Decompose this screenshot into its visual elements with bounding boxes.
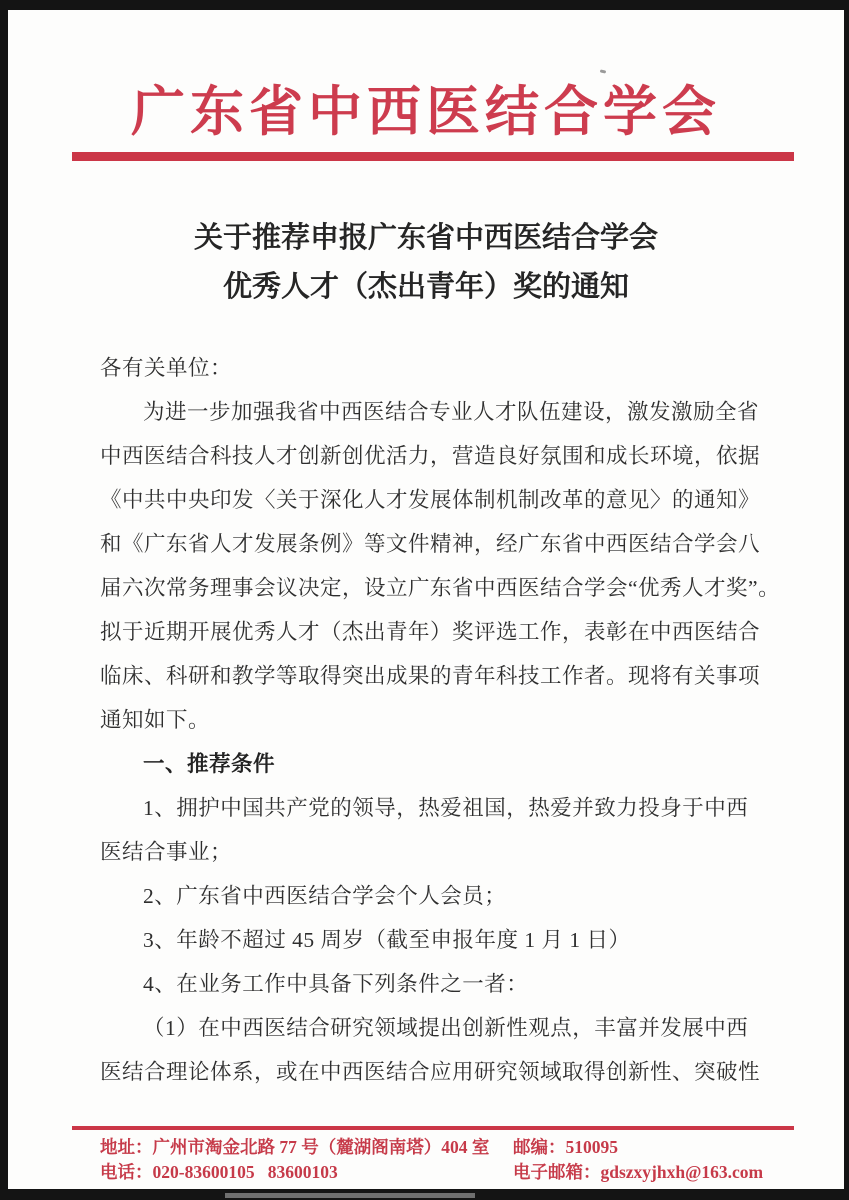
document-page: 广东省中西医结合学会 关于推荐申报广东省中西医结合学会 优秀人才（杰出青年）奖的… — [8, 10, 844, 1189]
scan-artifact-speck — [600, 69, 606, 73]
footer-left-column: 地址：广州市淘金北路 77 号（麓湖阁南塔）404 室 电话：020-83600… — [100, 1135, 489, 1185]
body-line: 为进一步加强我省中西医结合专业人才队伍建设，激发激励全省 — [100, 390, 756, 434]
footer-postcode: 邮编：510095 — [513, 1135, 763, 1160]
document-title-line1: 关于推荐申报广东省中西医结合学会 — [8, 214, 844, 263]
footer-phone: 电话：020-83600105 83600103 — [100, 1160, 489, 1185]
list-item-4: 4、在业务工作中具备下列条件之一者： — [100, 962, 756, 1006]
list-item-2: 2、广东省中西医结合学会个人会员； — [100, 874, 756, 918]
footer-email: 电子邮箱：gdszxyjhxh@163.com — [513, 1160, 763, 1185]
body-line: 通知如下。 — [100, 698, 756, 742]
body-line: 拟于近期开展优秀人才（杰出青年）奖评选工作，表彰在中西医结合 — [100, 610, 756, 654]
letterhead-divider — [72, 152, 794, 161]
salutation: 各有关单位： — [100, 346, 756, 390]
sub-item-1: （1）在中西医结合研究领域提出创新性观点，丰富并发展中西 — [100, 1006, 756, 1050]
list-item-1-cont: 医结合事业； — [100, 830, 756, 874]
sub-item-1-cont: 医结合理论体系，或在中西医结合应用研究领域取得创新性、突破性 — [100, 1050, 756, 1094]
document-title-line2: 优秀人才（杰出青年）奖的通知 — [8, 263, 844, 312]
document-title: 关于推荐申报广东省中西医结合学会 优秀人才（杰出青年）奖的通知 — [8, 214, 844, 312]
body-line: 《中共中央印发〈关于深化人才发展体制机制改革的意见〉的通知》 — [100, 478, 756, 522]
scan-artifact-smudge — [225, 1193, 475, 1198]
document-body: 各有关单位： 为进一步加强我省中西医结合专业人才队伍建设，激发激励全省 中西医结… — [100, 346, 756, 1094]
body-line: 和《广东省人才发展条例》等文件精神，经广东省中西医结合学会八 — [100, 522, 756, 566]
footer-divider — [72, 1126, 794, 1130]
scanned-notice-document: { "doc": { "header": { "org_name": "广东省中… — [0, 0, 849, 1200]
section-heading-recommendation-criteria: 一、推荐条件 — [100, 742, 756, 786]
list-item-1: 1、拥护中国共产党的领导，热爱祖国，热爱并致力投身于中西 — [100, 786, 756, 830]
footer-address: 地址：广州市淘金北路 77 号（麓湖阁南塔）404 室 — [100, 1135, 489, 1160]
list-item-3: 3、年龄不超过 45 周岁（截至申报年度 1 月 1 日） — [100, 918, 756, 962]
body-line: 届六次常务理事会议决定，设立广东省中西医结合学会“优秀人才奖”。 — [100, 566, 756, 610]
letterhead-org-name: 广东省中西医结合学会 — [8, 80, 844, 145]
body-line: 临床、科研和教学等取得突出成果的青年科技工作者。现将有关事项 — [100, 654, 756, 698]
body-line: 中西医结合科技人才创新创优活力，营造良好氛围和成长环境，依据 — [100, 434, 756, 478]
footer-right-column: 邮编：510095 电子邮箱：gdszxyjhxh@163.com — [513, 1135, 763, 1185]
